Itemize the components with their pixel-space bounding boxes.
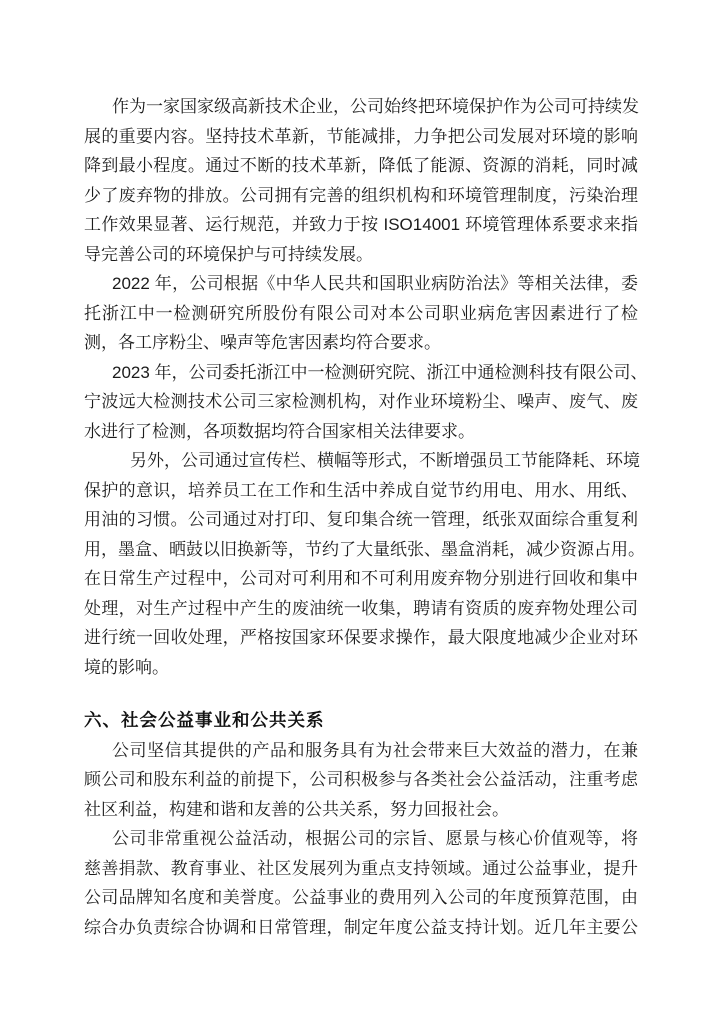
text-line: 处理，对生产过程中产生的废油统一收集，聘请有资质的废弃物处理公司 [84, 594, 638, 624]
paragraph: 另外，公司通过宣传栏、横幅等形式，不断增强员工节能降耗、环境保护的意识，培养员工… [84, 446, 638, 682]
text-line: 降到最小程度。通过不断的技术革新，降低了能源、资源的消耗，同时减 [84, 151, 638, 181]
paragraph: 2022 年，公司根据《中华人民共和国职业病防治法》等相关法律，委托浙江中一检测… [84, 269, 638, 358]
text-line: 另外，公司通过宣传栏、横幅等形式，不断增强员工节能降耗、环境 [84, 446, 638, 476]
text-line: 工作效果显著、运行规范，并致力于按 ISO14001 环境管理体系要求来指 [84, 210, 638, 240]
text-line: 社区利益，构建和谐和友善的公共关系，努力回报社会。 [84, 795, 638, 825]
document-body: 作为一家国家级高新技术企业，公司始终把环境保护作为公司可持续发展的重要内容。坚持… [84, 92, 638, 942]
text-line: 境的影响。 [84, 653, 638, 683]
text-line: 公司坚信其提供的产品和服务具有为社会带来巨大效益的潜力，在兼 [84, 736, 638, 766]
paragraph: 作为一家国家级高新技术企业，公司始终把环境保护作为公司可持续发展的重要内容。坚持… [84, 92, 638, 269]
paragraph: 2023 年，公司委托浙江中一检测研究院、浙江中通检测科技有限公司、宁波远大检测… [84, 358, 638, 447]
text-line: 宁波远大检测技术公司三家检测机构，对作业环境粉尘、噪声、废气、废 [84, 387, 638, 417]
text-line: 测，各工序粉尘、噪声等危害因素均符合要求。 [84, 328, 638, 358]
section-heading: 六、社会公益事业和公共关系 [84, 706, 638, 736]
text-line: 用油的习惯。公司通过对打印、复印集合统一管理，纸张双面综合重复利 [84, 505, 638, 535]
text-line: 保护的意识，培养员工在工作和生活中养成自觉节约用电、用水、用纸、 [84, 476, 638, 506]
text-line: 公司品牌知名度和美誉度。公益事业的费用列入公司的年度预算范围，由 [84, 883, 638, 913]
paragraph: 公司坚信其提供的产品和服务具有为社会带来巨大效益的潜力，在兼顾公司和股东利益的前… [84, 736, 638, 825]
paragraph: 公司非常重视公益活动，根据公司的宗旨、愿景与核心价值观等，将慈善捐款、教育事业、… [84, 824, 638, 942]
text-line: 作为一家国家级高新技术企业，公司始终把环境保护作为公司可持续发 [84, 92, 638, 122]
text-line: 用，墨盒、晒鼓以旧换新等，节约了大量纸张、墨盒消耗，减少资源占用。 [84, 535, 638, 565]
text-line: 2022 年，公司根据《中华人民共和国职业病防治法》等相关法律，委 [84, 269, 638, 299]
text-line: 水进行了检测，各项数据均符合国家相关法律要求。 [84, 417, 638, 447]
text-line: 顾公司和股东利益的前提下，公司积极参与各类社会公益活动，注重考虑 [84, 765, 638, 795]
text-line: 综合办负责综合协调和日常管理，制定年度公益支持计划。近几年主要公 [84, 913, 638, 943]
text-line: 在日常生产过程中，公司对可利用和不可利用废弃物分别进行回收和集中 [84, 564, 638, 594]
document-page: 作为一家国家级高新技术企业，公司始终把环境保护作为公司可持续发展的重要内容。坚持… [0, 0, 720, 1018]
text-line: 慈善捐款、教育事业、社区发展列为重点支持领域。通过公益事业，提升 [84, 854, 638, 884]
text-line: 少了废弃物的排放。公司拥有完善的组织机构和环境管理制度，污染治理 [84, 181, 638, 211]
text-line: 展的重要内容。坚持技术革新，节能减排，力争把公司发展对环境的影响 [84, 122, 638, 152]
text-line: 公司非常重视公益活动，根据公司的宗旨、愿景与核心价值观等，将 [84, 824, 638, 854]
text-line: 导完善公司的环境保护与可持续发展。 [84, 240, 638, 270]
text-line: 进行统一回收处理，严格按国家环保要求操作，最大限度地减少企业对环 [84, 623, 638, 653]
text-line: 托浙江中一检测研究所股份有限公司对本公司职业病危害因素进行了检 [84, 299, 638, 329]
text-line: 2023 年，公司委托浙江中一检测研究院、浙江中通检测科技有限公司、 [84, 358, 638, 388]
